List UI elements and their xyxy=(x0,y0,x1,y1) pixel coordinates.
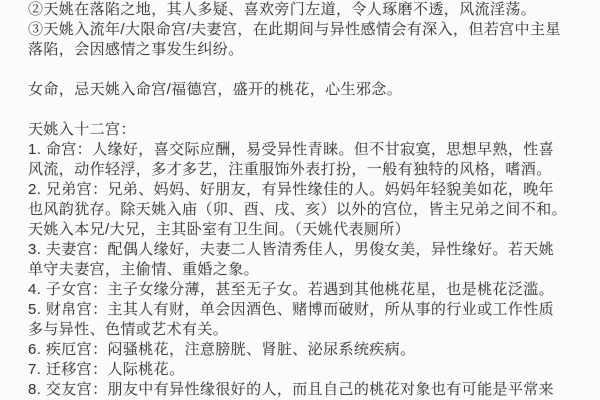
text-line: 7. 迁移宫：人际桃花。 xyxy=(28,360,598,380)
twelve-palaces-heading: 天姚入十二宫： xyxy=(28,120,598,140)
paragraph-twelve-palaces-list: 天姚入十二宫： 1. 命宫：人缘好，喜交际应酬，易受异性青睐。但不甘寂寞，思想早… xyxy=(28,120,598,400)
text-line: 女命，忌天姚入命宫/福德宫，盛开的桃花，心生邪念。 xyxy=(28,80,598,100)
text-line: 6. 疾厄宫：闷骚桃花，注意膀胱、肾脏、泌尿系统疾病。 xyxy=(28,340,598,360)
paragraph-female-fate-note: 女命，忌天姚入命宫/福德宫，盛开的桃花，心生邪念。 xyxy=(28,80,598,100)
text-line: 1. 命宫：人缘好，喜交际应酬，易受异性青睐。但不甘寂寞，思想早熟，性喜 xyxy=(28,140,598,160)
paragraph-intro-notes: ②天姚在落陷之地，其人多疑、喜欢旁门左道，令人琢磨不透，风流淫荡。 ③天姚入流年… xyxy=(28,0,598,60)
text-line: 5. 财帛宫：主其人有财，单会因酒色、赌博而破财，所从事的行业或工作性质 xyxy=(28,300,598,320)
text-line: 天姚入本兄/大兄，主其卧室有卫生间。（天姚代表厕所） xyxy=(28,220,598,240)
text-line: ③天姚入流年/大限命宫/夫妻宫，在此期间与异性感情会有深入，但若宫中主星 xyxy=(28,20,598,40)
text-line: ②天姚在落陷之地，其人多疑、喜欢旁门左道，令人琢磨不透，风流淫荡。 xyxy=(28,0,598,20)
text-line: 4. 子女宫：主子女缘分薄，甚至无子女。若遇到其他桃花星，也是桃花泛滥。 xyxy=(28,280,598,300)
text-line: 落陷，会因感情之事发生纠纷。 xyxy=(28,40,598,60)
document-page: ②天姚在落陷之地，其人多疑、喜欢旁门左道，令人琢磨不透，风流淫荡。 ③天姚入流年… xyxy=(0,0,600,400)
text-line: 单守夫妻宫，主偷情、重婚之象。 xyxy=(28,260,598,280)
text-line: 也风韵犹存。除天姚入庙（卯、酉、戌、亥）以外的宫位，皆主兄弟之间不和。 xyxy=(28,200,598,220)
text-line: 2. 兄弟宫：兄弟、妈妈、好朋友，有异性缘佳的人。妈妈年轻貌美如花，晚年 xyxy=(28,180,598,200)
text-line: 多与异性、色情或艺术有关。 xyxy=(28,320,598,340)
text-line: 3. 夫妻宫：配偶人缘好，夫妻二人皆清秀佳人，男俊女美，异性缘好。若天姚 xyxy=(28,240,598,260)
text-line: 8. 交友宫：朋友中有异性缘很好的人，而且自己的桃花对象也有可能是平常来 xyxy=(28,380,598,400)
text-line: 风流，动作轻浮，多才多艺，注重服饰外表打扮，一般有独特的风格，嗜酒。 xyxy=(28,160,598,180)
